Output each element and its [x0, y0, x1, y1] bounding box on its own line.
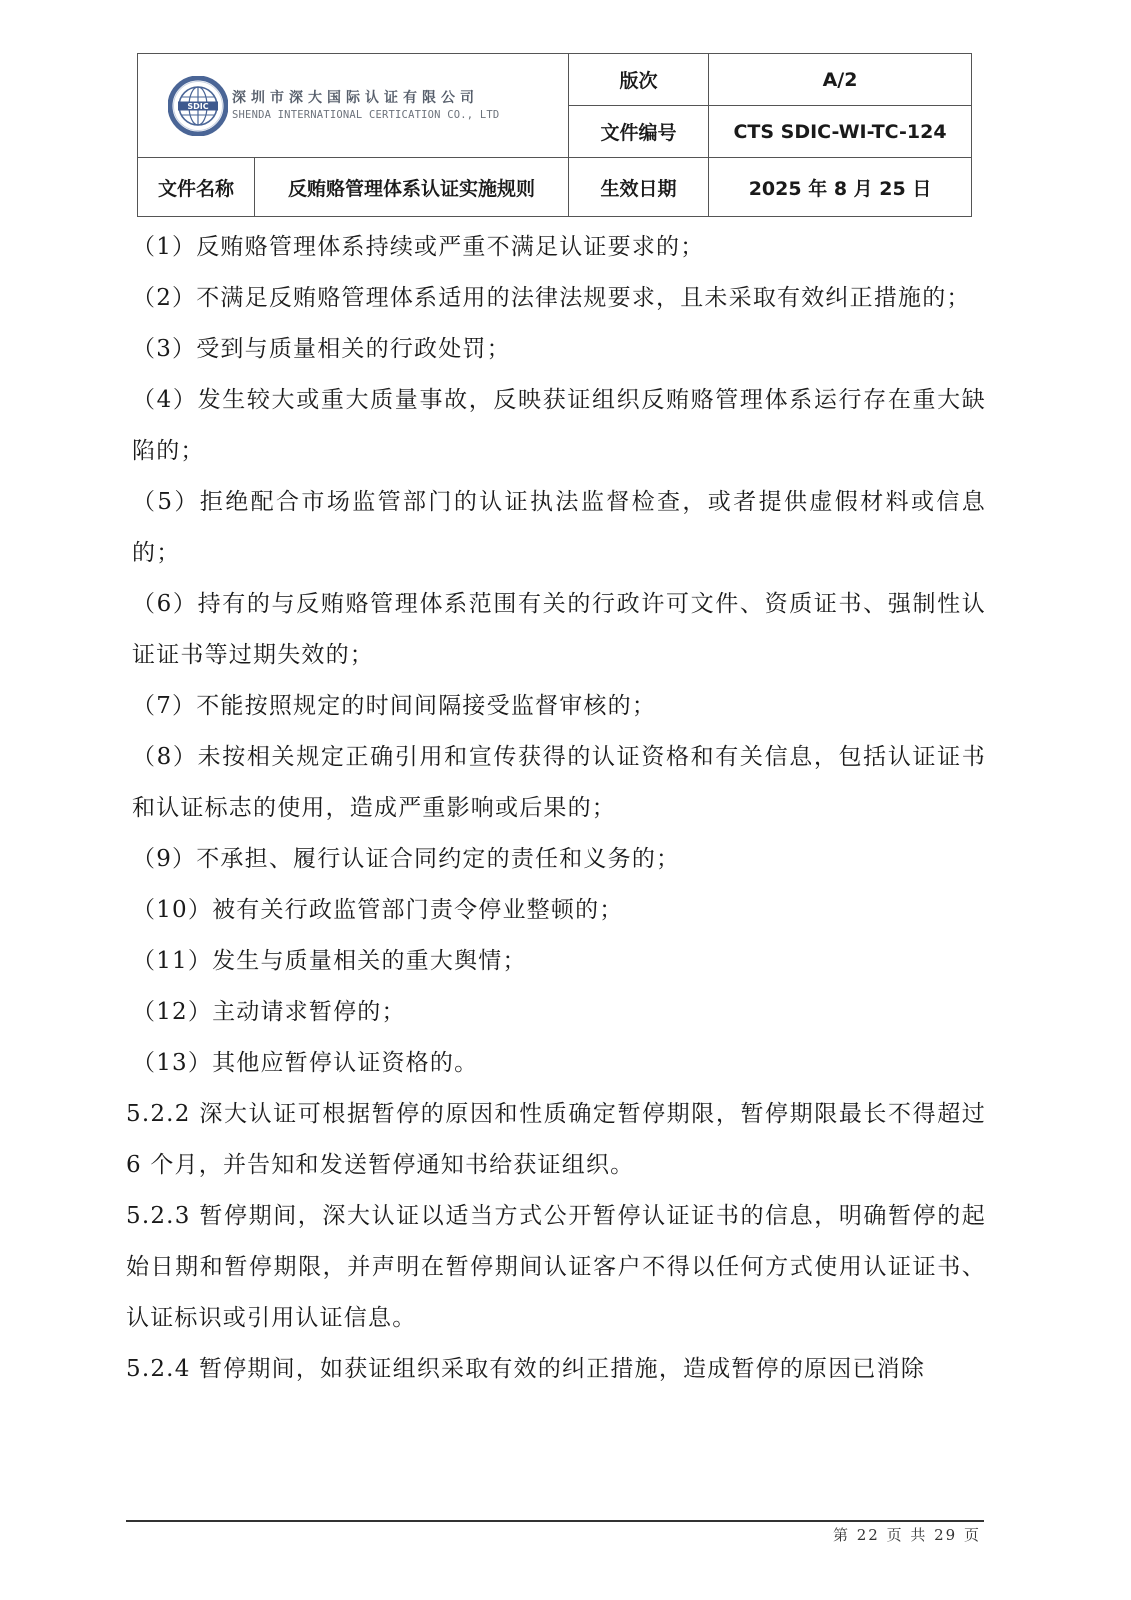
list-item: （13）其他应暂停认证资格的。 — [126, 1038, 986, 1089]
footer-divider — [126, 1520, 984, 1522]
clause-5-2-4: 5.2.4 暂停期间，如获证组织采取有效的纠正措施，造成暂停的原因已消除 — [126, 1344, 986, 1395]
svg-text:SDIC: SDIC — [187, 102, 208, 111]
page-number: 第 22 页 共 29 页 — [833, 1524, 981, 1545]
list-item: （4）发生较大或重大质量事故，反映获证组织反贿赂管理体系运行存在重大缺陷的； — [126, 375, 986, 477]
list-item: （6）持有的与反贿赂管理体系范围有关的行政许可文件、资质证书、强制性认证证书等过… — [126, 579, 986, 681]
clause-5-2-3: 5.2.3 暂停期间，深大认证以适当方式公开暂停认证证书的信息，明确暂停的起始日… — [126, 1191, 986, 1344]
list-item: （8）未按相关规定正确引用和宣传获得的认证资格和有关信息，包括认证证书和认证标志… — [126, 732, 986, 834]
company-name-en: SHENDA INTERNATIONAL CERTICATION CO., LT… — [232, 107, 499, 123]
list-item: （3）受到与质量相关的行政处罚； — [126, 324, 986, 375]
list-item: （9）不承担、履行认证合同约定的责任和义务的； — [126, 834, 986, 885]
list-item: （11）发生与质量相关的重大舆情； — [126, 936, 986, 987]
doc-number-value: CTS SDIC-WI-TC-124 — [709, 106, 972, 158]
clause-5-2-2: 5.2.2 深大认证可根据暂停的原因和性质确定暂停期限，暂停期限最长不得超过 6… — [126, 1089, 986, 1191]
doc-name-label: 文件名称 — [138, 158, 255, 217]
company-logo-cell: SDIC 深圳市深大国际认证有限公司 SHENDA INTERNATIONAL … — [138, 54, 569, 158]
doc-name-value: 反贿赂管理体系认证实施规则 — [255, 158, 569, 217]
list-item: （5）拒绝配合市场监管部门的认证执法监督检查，或者提供虚假材料或信息的； — [126, 477, 986, 579]
document-body: （1）反贿赂管理体系持续或严重不满足认证要求的； （2）不满足反贿赂管理体系适用… — [126, 222, 986, 1395]
list-item: （7）不能按照规定的时间间隔接受监督审核的； — [126, 681, 986, 732]
list-item: （12）主动请求暂停的； — [126, 987, 986, 1038]
list-item: （2）不满足反贿赂管理体系适用的法律法规要求，且未采取有效纠正措施的； — [126, 273, 986, 324]
list-item: （10）被有关行政监管部门责令停业整顿的； — [126, 885, 986, 936]
company-name-cn: 深圳市深大国际认证有限公司 — [232, 89, 499, 107]
effective-date-value: 2025 年 8 月 25 日 — [709, 158, 972, 217]
version-label: 版次 — [569, 54, 709, 106]
list-item: （1）反贿赂管理体系持续或严重不满足认证要求的； — [126, 222, 986, 273]
version-value: A/2 — [709, 54, 972, 106]
doc-number-label: 文件编号 — [569, 106, 709, 158]
document-header-table: SDIC 深圳市深大国际认证有限公司 SHENDA INTERNATIONAL … — [137, 53, 972, 217]
effective-date-label: 生效日期 — [569, 158, 709, 217]
sdic-globe-logo-icon: SDIC — [168, 76, 228, 136]
